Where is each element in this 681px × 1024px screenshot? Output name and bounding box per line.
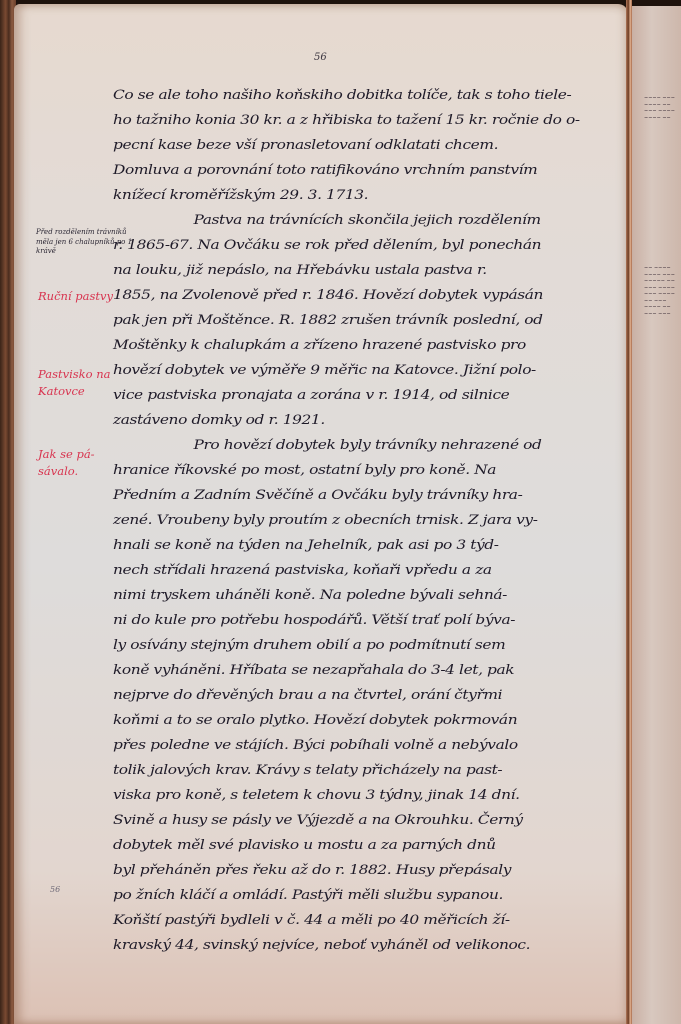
text-line: vice pastviska pronajata a zorána v r. 1… [113,388,509,403]
text-line: r. 1865-67. Na Ovčáku se rok před dělení… [113,238,541,253]
book-scan: 56 Před rozdělením trávníků měla jen 6 c… [0,0,681,1024]
text-line: hnali se koně na týden na Jehelník, pak … [113,538,499,553]
text-line: Moštěnky k chalupkám a zřízeno hrazené p… [113,338,526,353]
text-line: kravský 44, svinský nejvíce, neboť vyhán… [113,938,530,953]
text-line: zené. Vroubeny byly proutím z obecních t… [113,513,538,528]
text-line: Pastva na trávnících skončila jejich roz… [113,213,541,228]
text-line: zastáveno domky od r. 1921. [113,413,325,428]
text-line: Domluva a porovnání toto ratifikováno vr… [113,163,537,178]
text-line: ly osívány stejným druhem obilí a po pod… [113,638,505,653]
text-line: tolik jalových krav. Krávy s telaty přic… [113,763,502,778]
text-line: dobytek měl své plavisko u mostu a za pa… [113,838,496,853]
next-page-edge [632,6,681,1024]
page-number: 56 [314,52,327,63]
text-line: viska pro koně, s teletem k chovu 3 týdn… [113,788,520,803]
margin-note-pencil: 56 [50,884,60,895]
text-line: pecní kase beze vší pronasletovaní odkla… [113,138,498,153]
text-line: na louku, již nepáslo, na Hřebávku ustal… [113,263,487,278]
text-line: koňmi a to se oralo plytko. Hovězí dobyt… [113,713,517,728]
text-line: hovězí dobytek ve výměře 9 měřic na Kato… [113,363,536,378]
text-line: byl přeháněn přes řeku až do r. 1882. Hu… [113,863,511,878]
text-line: knížecí kroměřížským 29. 3. 1713. [113,188,368,203]
text-line: ni do kule pro potřebu hospodářů. Větší … [113,613,515,628]
text-line: 1855, na Zvolenově před r. 1846. Hovězí … [113,288,543,303]
next-page-scribble: ~~~~ ~~~ ~~~~ ~~ ~~~ ~~~~ ~~~~ ~~ [644,95,680,121]
text-line: Svině a husy se pásly ve Výjezdě a na Ok… [113,813,523,828]
text-line: nejprve do dřevěných brau a na čtvrtel, … [113,688,502,703]
text-line: Koňští pastýři bydleli v č. 44 a měli po… [113,913,510,928]
text-line: pak jen při Moštěnce. R. 1882 zrušen trá… [113,313,543,328]
text-line: přes poledne ve stájích. Býci pobíhali v… [113,738,518,753]
text-line: hranice říkovské po most, ostatní byly p… [113,463,496,478]
next-page-scribble: ~~ ~~~~ ~~~~ ~~~ ~~~~~ ~~ ~~~ ~~~~ ~~~ ~… [644,265,680,317]
text-line: po žních kláčí a omládí. Pastýři měli sl… [113,888,503,903]
text-line: Pro hovězí dobytek byly trávníky nehraze… [113,438,541,453]
text-line: Co se ale toho našiho koňskiho dobitka t… [113,88,571,103]
text-line: nimi tryskem uháněli koně. Na poledne bý… [113,588,507,603]
text-line: koně vyháněni. Hříbata se nezapřahala do… [113,663,514,678]
text-line: Předním a Zadním Svěčíně a Ovčáku byly t… [113,488,522,503]
text-line: ho tažniho konia 30 kr. a z hřibiska to … [113,113,580,128]
text-line: nech střídali hrazená pastviska, koňaři … [113,563,492,578]
